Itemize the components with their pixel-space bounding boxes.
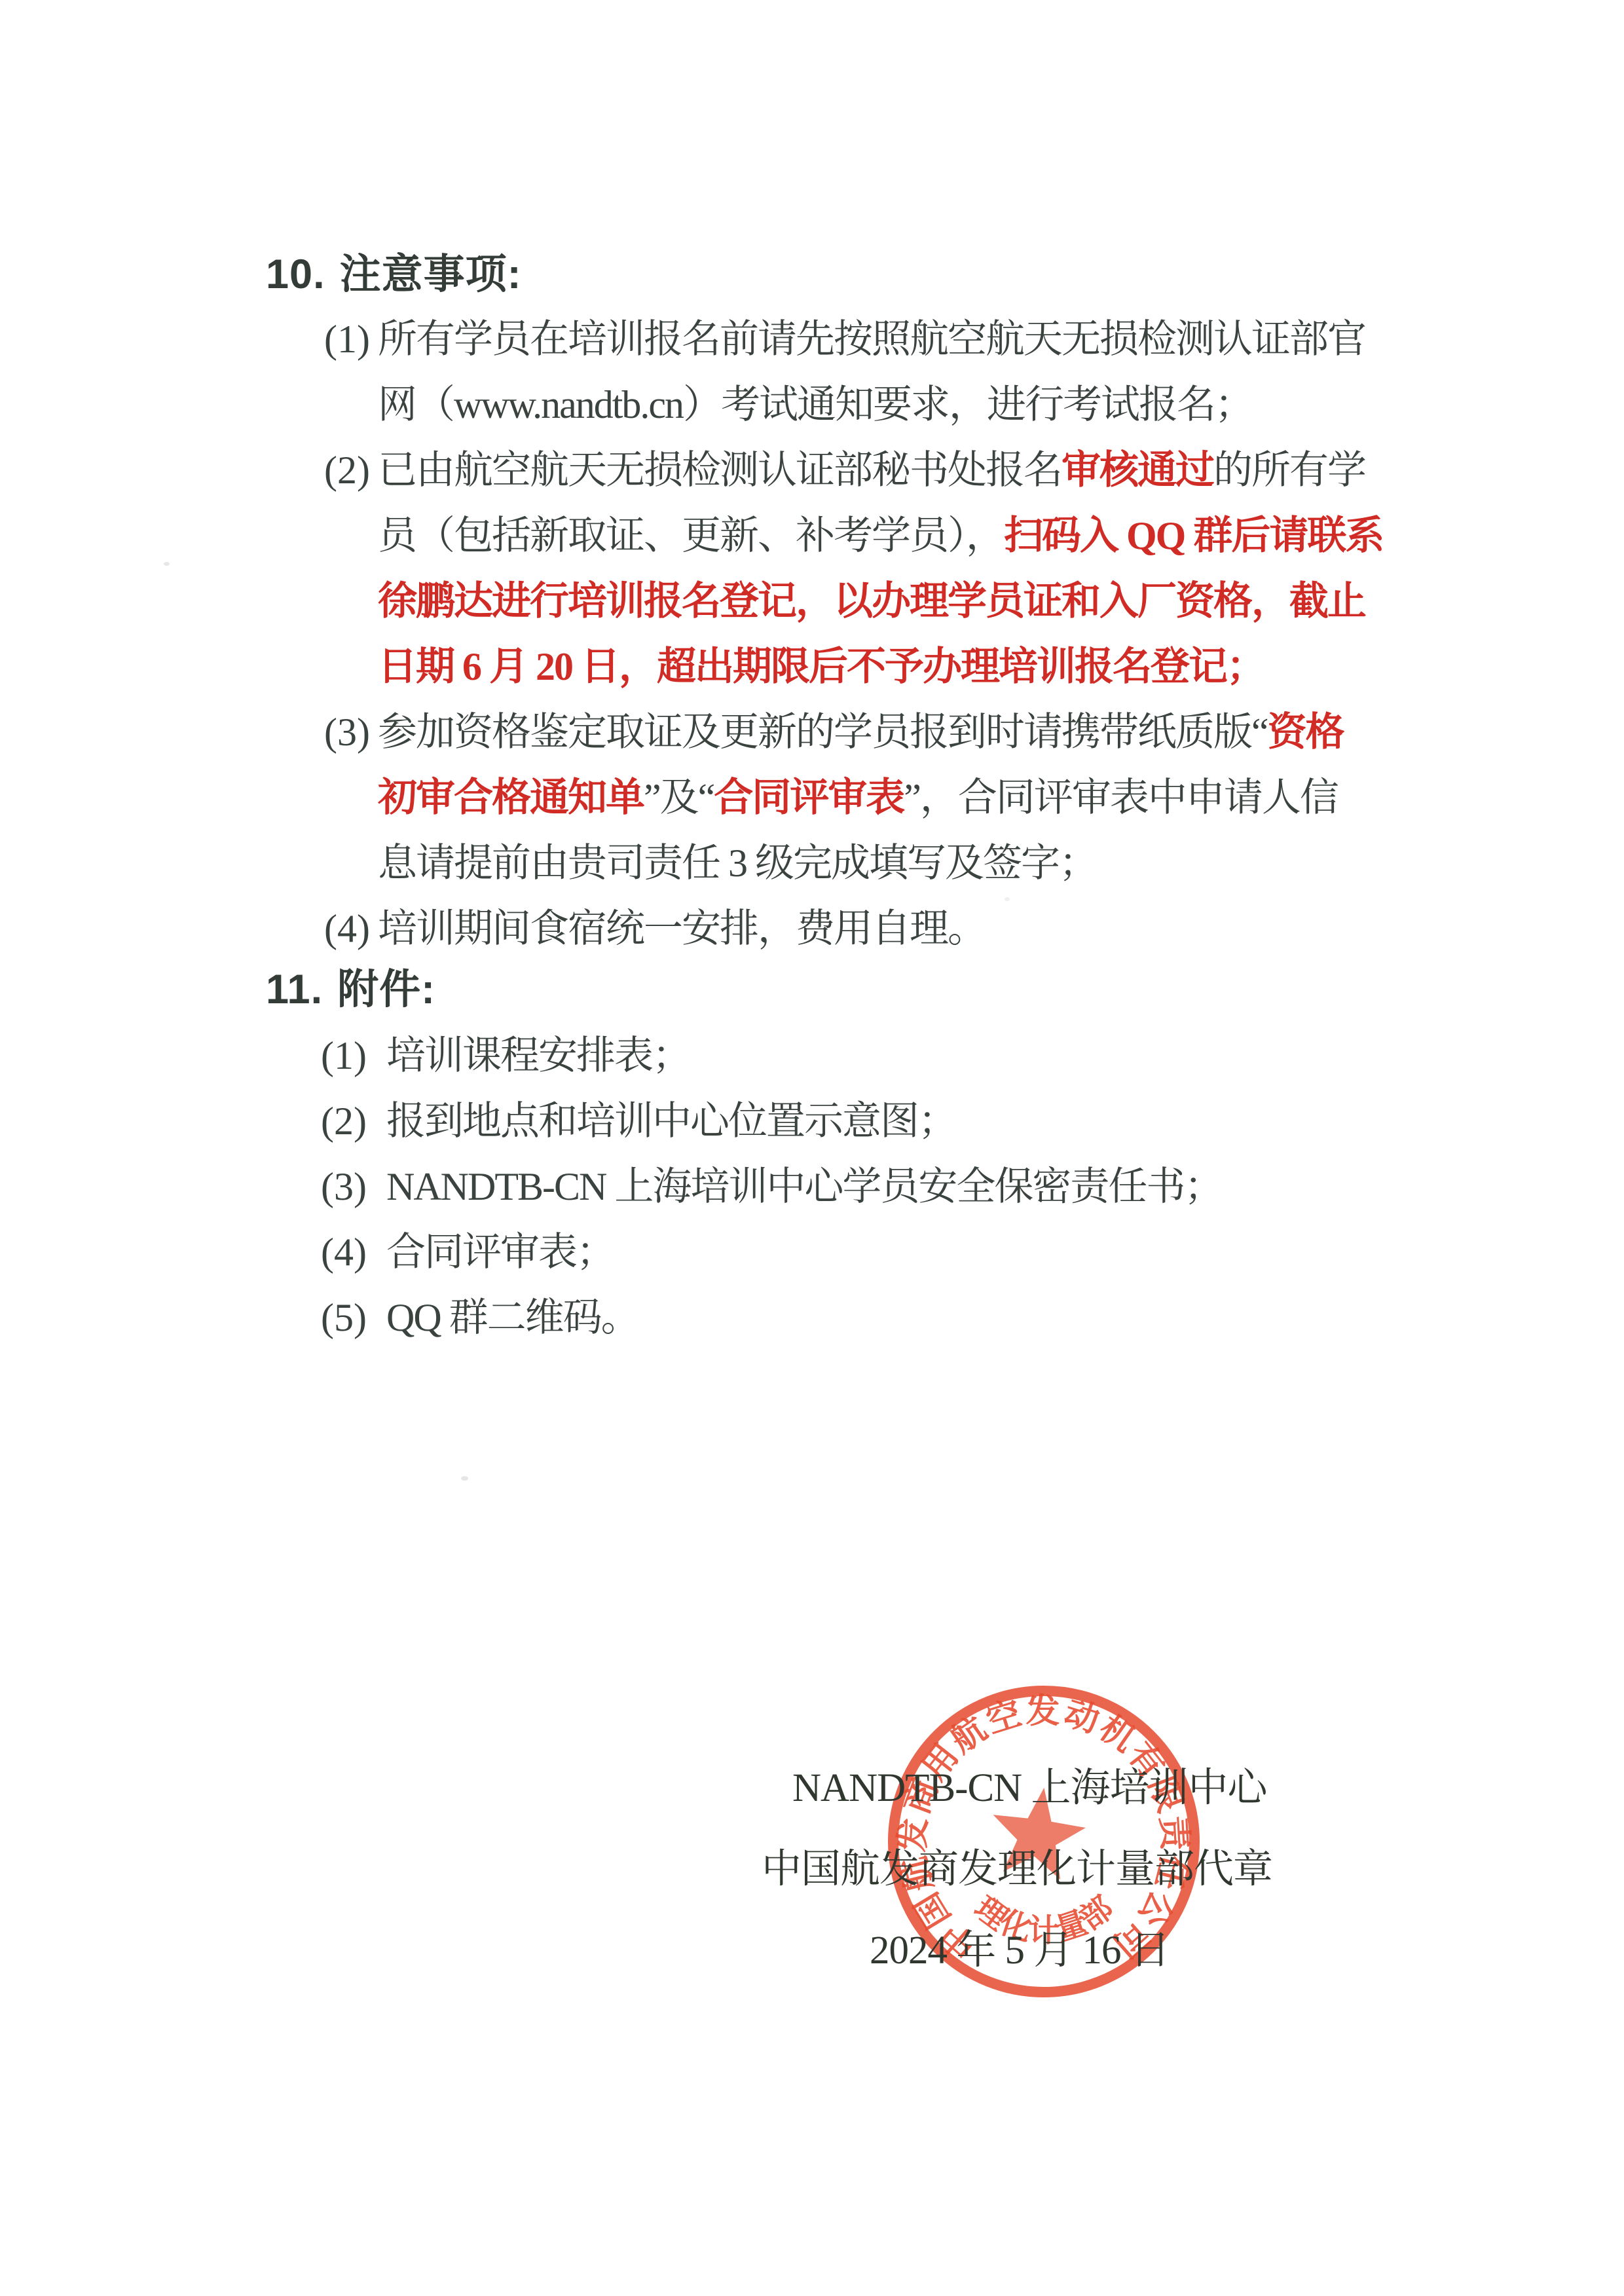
text-run: 培训期间食宿统一安排，费用自理。 bbox=[378, 907, 986, 950]
highlight-run: 扫码入 QQ 群后请联系 bbox=[1004, 514, 1383, 557]
list-marker: (3) bbox=[321, 1164, 367, 1209]
scan-speck bbox=[164, 562, 170, 566]
document-page: 10.注意事项: (1)所有学员在培训报名前请先按照航空航天无损检测认证部官 网… bbox=[0, 0, 1624, 2296]
text-run: 所有学员在培训报名前请先按照航空航天无损检测认证部官 bbox=[378, 318, 1365, 361]
highlight-run: 合同评审表 bbox=[714, 776, 904, 819]
section-number: 11. bbox=[266, 968, 323, 1011]
text-run: NANDTB-CN 上海培训中心学员安全保密责任书； bbox=[386, 1165, 1222, 1208]
note-line: (3)参加资格鉴定取证及更新的学员报到时请携带纸质版“资格 bbox=[378, 710, 1344, 754]
attachment-line: (2)报到地点和培训中心位置示意图； bbox=[386, 1099, 956, 1143]
highlight-run: 徐鹏达进行培训报名登记，以办理学员证和入厂资格，截止 bbox=[378, 580, 1365, 623]
list-marker: (2) bbox=[321, 1099, 367, 1143]
section-title: 注意事项: bbox=[340, 251, 522, 297]
list-marker: (3) bbox=[324, 710, 370, 754]
note-line: (1)所有学员在培训报名前请先按照航空航天无损检测认证部官 bbox=[378, 317, 1365, 361]
scan-speck bbox=[461, 1476, 468, 1481]
section-11-heading: 11.附件: bbox=[266, 968, 435, 1011]
list-marker: (4) bbox=[324, 906, 370, 951]
text-run: 合同评审表； bbox=[386, 1231, 614, 1274]
note-line: 初审合格通知单”及“合同评审表”，合同评审表中申请人信 bbox=[378, 775, 1338, 820]
list-marker: (1) bbox=[321, 1033, 367, 1078]
highlight-run: 日期 6 月 20 日，超出期限后不予办理培训报名登记； bbox=[378, 645, 1264, 688]
highlight-run: 资格 bbox=[1268, 711, 1344, 754]
text-run: 参加资格鉴定取证及更新的学员报到时请携带纸质版“ bbox=[378, 711, 1268, 754]
note-line: (4)培训期间食宿统一安排，费用自理。 bbox=[378, 906, 986, 951]
text-run: ”，合同评审表中申请人信 bbox=[904, 776, 1338, 819]
note-line: 徐鹏达进行培训报名登记，以办理学员证和入厂资格，截止 bbox=[378, 579, 1365, 623]
highlight-run: 审核通过 bbox=[1061, 449, 1213, 492]
list-marker: (5) bbox=[321, 1295, 367, 1340]
text-run: 培训课程安排表； bbox=[386, 1034, 690, 1077]
section-title: 附件: bbox=[337, 967, 435, 1012]
note-line: 网（www.nandtb.cn）考试通知要求，进行考试报名； bbox=[378, 382, 1253, 427]
list-marker: (4) bbox=[321, 1230, 367, 1274]
attachment-line: (3)NANDTB-CN 上海培训中心学员安全保密责任书； bbox=[386, 1164, 1222, 1209]
scan-speck bbox=[1005, 897, 1010, 901]
text-run: 报到地点和培训中心位置示意图； bbox=[386, 1100, 956, 1143]
text-run: ”及“ bbox=[644, 776, 714, 819]
text-run: 员（包括新取证、更新、补考学员）， bbox=[378, 514, 1004, 557]
signature-org-line: NANDTB-CN 上海培训中心 bbox=[792, 1767, 1266, 1810]
signature-date-line: 2024 年 5 月 16 日 bbox=[870, 1929, 1170, 1972]
attachment-line: (1)培训课程安排表； bbox=[386, 1033, 690, 1078]
note-line: (2)已由航空航天无损检测认证部秘书处报名审核通过的所有学 bbox=[378, 448, 1365, 492]
highlight-run: 初审合格通知单 bbox=[378, 776, 644, 819]
attachment-line: (5)QQ 群二维码。 bbox=[386, 1295, 639, 1340]
note-line: 日期 6 月 20 日，超出期限后不予办理培训报名登记； bbox=[378, 644, 1264, 689]
signature-delegate-line: 中国航发商发理化计量部代章 bbox=[762, 1848, 1272, 1891]
attachment-line: (4)合同评审表； bbox=[386, 1230, 614, 1274]
section-10-heading: 10.注意事项: bbox=[266, 253, 522, 296]
note-line: 息请提前由贵司责任 3 级完成填写及签字； bbox=[378, 841, 1097, 885]
list-marker: (1) bbox=[324, 317, 370, 361]
note-line: 员（包括新取证、更新、补考学员），扫码入 QQ 群后请联系 bbox=[378, 513, 1383, 558]
text-run: 已由航空航天无损检测认证部秘书处报名 bbox=[378, 449, 1061, 492]
list-marker: (2) bbox=[324, 448, 370, 492]
text-run: QQ 群二维码。 bbox=[386, 1296, 639, 1339]
text-run: 息请提前由贵司责任 3 级完成填写及签字； bbox=[378, 842, 1097, 885]
text-run: 网（www.nandtb.cn）考试通知要求，进行考试报名； bbox=[378, 383, 1253, 426]
text-run: 的所有学 bbox=[1213, 449, 1365, 492]
section-number: 10. bbox=[266, 253, 325, 296]
